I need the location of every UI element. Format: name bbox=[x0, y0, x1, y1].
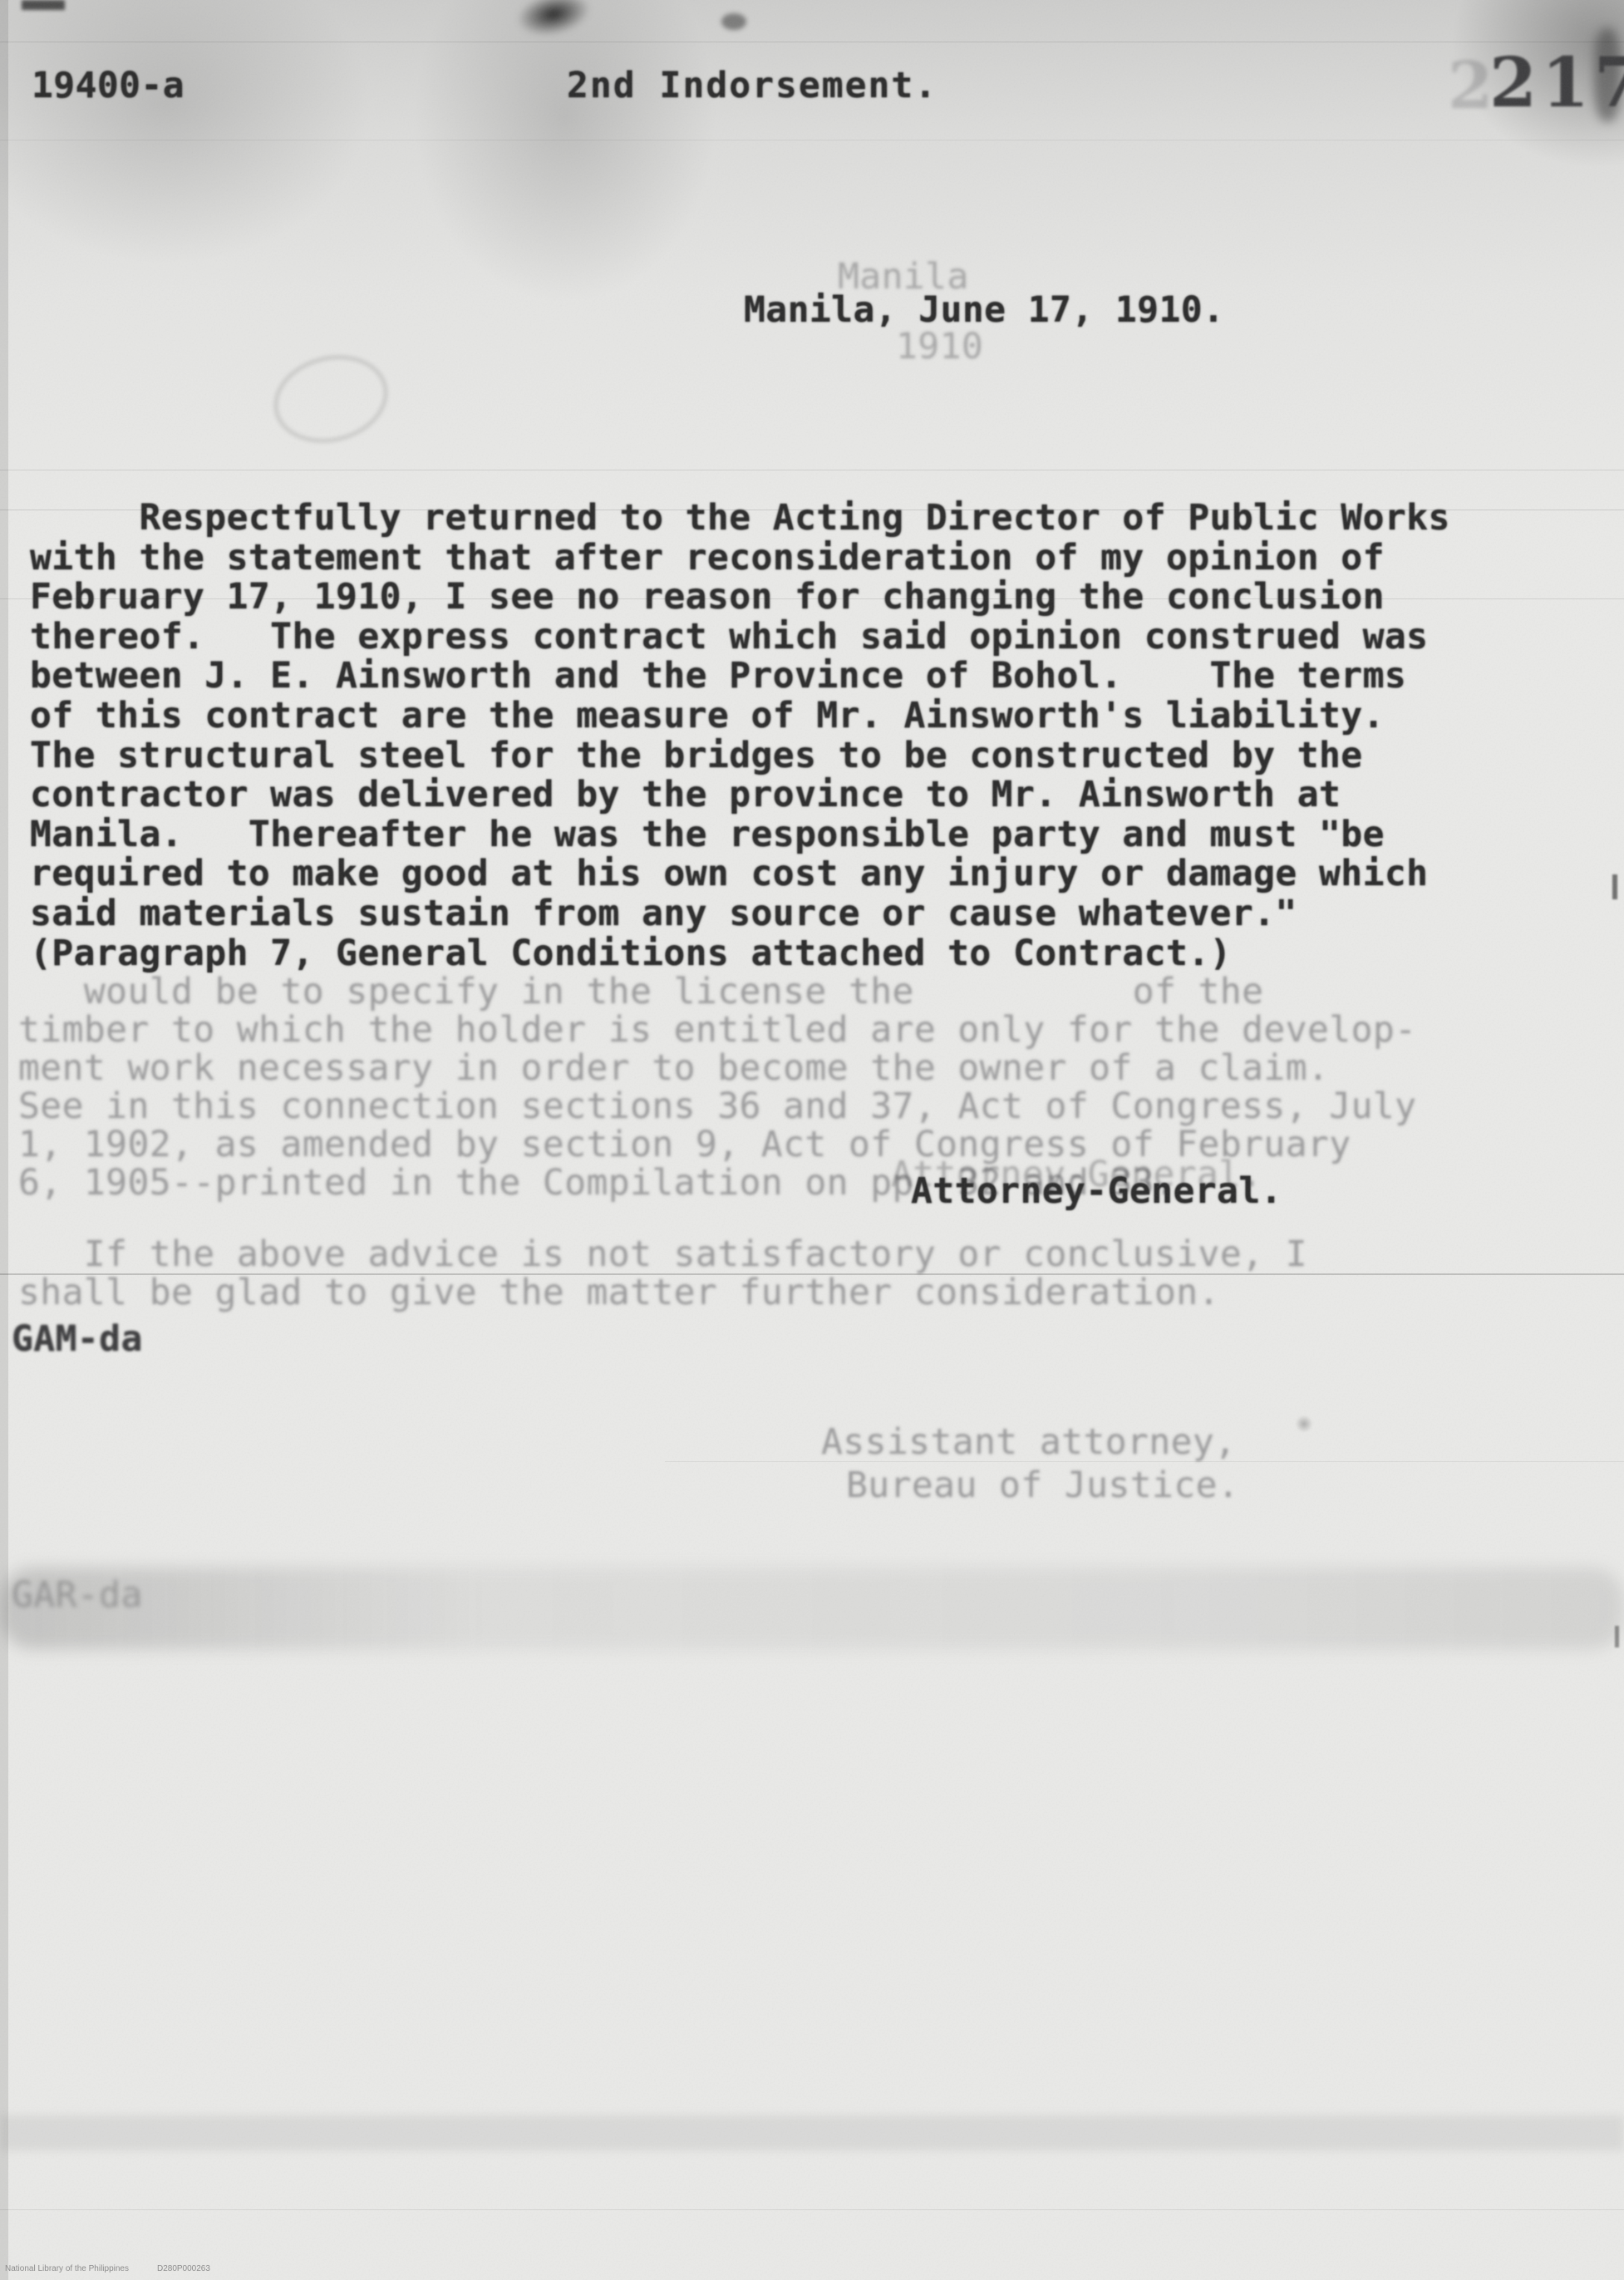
scanned-letter-page: 19400-a 2nd Indorsement. 2 217 Manila Ma… bbox=[0, 0, 1624, 2280]
page-number-stamp: 217 bbox=[1489, 43, 1624, 123]
ghost-line: timber to which the holder is entitled a… bbox=[18, 1011, 1416, 1049]
ghost-initials: GAR-da bbox=[12, 1574, 143, 1616]
ghost-bureau-of-justice: Bureau of Justice. bbox=[846, 1465, 1239, 1506]
top-left-ink-mark bbox=[22, 0, 65, 10]
body-line: thereof. The express contract which said… bbox=[30, 618, 1450, 657]
ghost-line: If the above advice is not satisfactory … bbox=[18, 1235, 1307, 1273]
body-line: The structural steel for the bridges to … bbox=[30, 736, 1450, 776]
signature-attorney-general: Attorney-General. bbox=[911, 1170, 1282, 1212]
dateline: Manila, June 17, 1910. bbox=[744, 289, 1224, 331]
library-watermark: National Library of the Philippines D280… bbox=[5, 2264, 210, 2273]
doc-number: 19400-a bbox=[32, 65, 185, 106]
body-line: with the statement that after reconsider… bbox=[30, 539, 1450, 579]
body-line: February 17, 1910, I see no reason for c… bbox=[30, 578, 1450, 618]
crease-line bbox=[0, 2209, 1624, 2210]
right-edge-mark bbox=[1615, 1626, 1619, 1647]
ghost-assistant-attorney: Assistant attorney, bbox=[821, 1421, 1236, 1463]
top-center-ink-blob bbox=[503, 0, 604, 49]
small-ink-spot bbox=[721, 13, 746, 30]
crease-line bbox=[0, 140, 1624, 140]
right-edge-mark bbox=[1612, 874, 1617, 899]
body-line: Respectfully returned to the Acting Dire… bbox=[30, 499, 1450, 539]
library-watermark-text: National Library of the Philippines bbox=[5, 2264, 129, 2273]
year-ghost: 1910 bbox=[896, 326, 983, 367]
left-edge-shadow bbox=[0, 0, 8, 2280]
bottom-gray-band bbox=[0, 2115, 1624, 2150]
typist-initials: GAM-da bbox=[12, 1318, 143, 1360]
top-left-stain bbox=[0, 0, 457, 332]
top-center-stain bbox=[349, 0, 781, 382]
ghost-line: would be to specify in the license the o… bbox=[18, 973, 1416, 1011]
ghost-stamp-mark bbox=[1293, 1413, 1315, 1435]
body-line: of this contract are the measure of Mr. … bbox=[30, 697, 1450, 736]
indorsement-heading: 2nd Indorsement. bbox=[567, 65, 937, 106]
ghost-text-smudge-band bbox=[0, 1568, 1624, 1649]
ghost-line: ment work necessary in order to become t… bbox=[18, 1049, 1416, 1087]
ghost-line: shall be glad to give the matter further… bbox=[18, 1273, 1307, 1312]
page-number-ghost: 2 bbox=[1448, 48, 1493, 124]
body-line: contractor was delivered by the province… bbox=[30, 776, 1450, 815]
body-line: between J. E. Ainsworth and the Province… bbox=[30, 657, 1450, 697]
crease-line bbox=[0, 42, 1624, 42]
library-watermark-code: D280P000263 bbox=[157, 2264, 210, 2273]
